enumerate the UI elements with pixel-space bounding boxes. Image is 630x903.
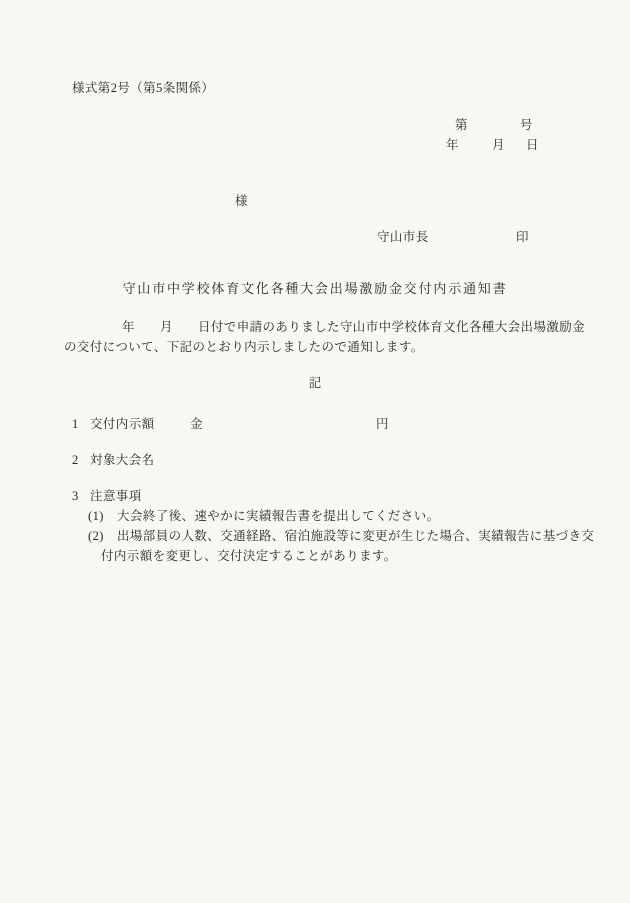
item1-currency-prefix: 金	[190, 416, 203, 432]
record-marker: 記	[0, 375, 630, 391]
sender-title: 守山市長	[377, 229, 429, 245]
form-number-label: 様式第2号（第5条関係）	[72, 80, 214, 96]
item1-unit-suffix: 円	[376, 416, 389, 432]
doc-number-suffix: 号	[520, 117, 533, 133]
note2-line2: 付内示額を変更し、交付決定することがあります。	[101, 548, 397, 564]
addressee-honorific: 様	[235, 193, 248, 209]
body-month-label: 月	[160, 319, 173, 335]
body-line2-text: の交付について、下記のとおり内示しましたので通知します。	[64, 339, 424, 355]
date-month-label: 月	[492, 137, 505, 153]
body-year-label: 年	[122, 319, 135, 335]
document-title: 守山市中学校体育文化各種大会出場激励金交付内示通知書	[0, 281, 630, 298]
item3-label: 注意事項	[90, 488, 142, 504]
item2-number: 2	[72, 452, 79, 468]
item1-number: 1	[72, 416, 79, 432]
note2-line1: 出場部員の人数、交通経路、宿泊施設等に変更が生じた場合、実績報告に基づき交	[117, 528, 594, 544]
item1-label: 交付内示額	[90, 416, 155, 432]
date-year-label: 年	[446, 137, 459, 153]
item3-number: 3	[72, 488, 79, 504]
document-page: 様式第2号（第5条関係） 第 号 年 月 日 様 守山市長 印 守山市中学校体育…	[0, 0, 630, 903]
doc-number-prefix: 第	[455, 117, 468, 133]
note1-number: (1)	[88, 508, 104, 524]
item2-label: 対象大会名	[90, 452, 155, 468]
body-line1-text: 日付で申請のありました守山市中学校体育文化各種大会出場激励金	[198, 319, 585, 335]
note2-number: (2)	[88, 528, 104, 544]
seal-mark: 印	[516, 229, 529, 245]
date-day-label: 日	[526, 137, 539, 153]
note1-text: 大会終了後、速やかに実績報告書を提出してください。	[117, 508, 440, 524]
